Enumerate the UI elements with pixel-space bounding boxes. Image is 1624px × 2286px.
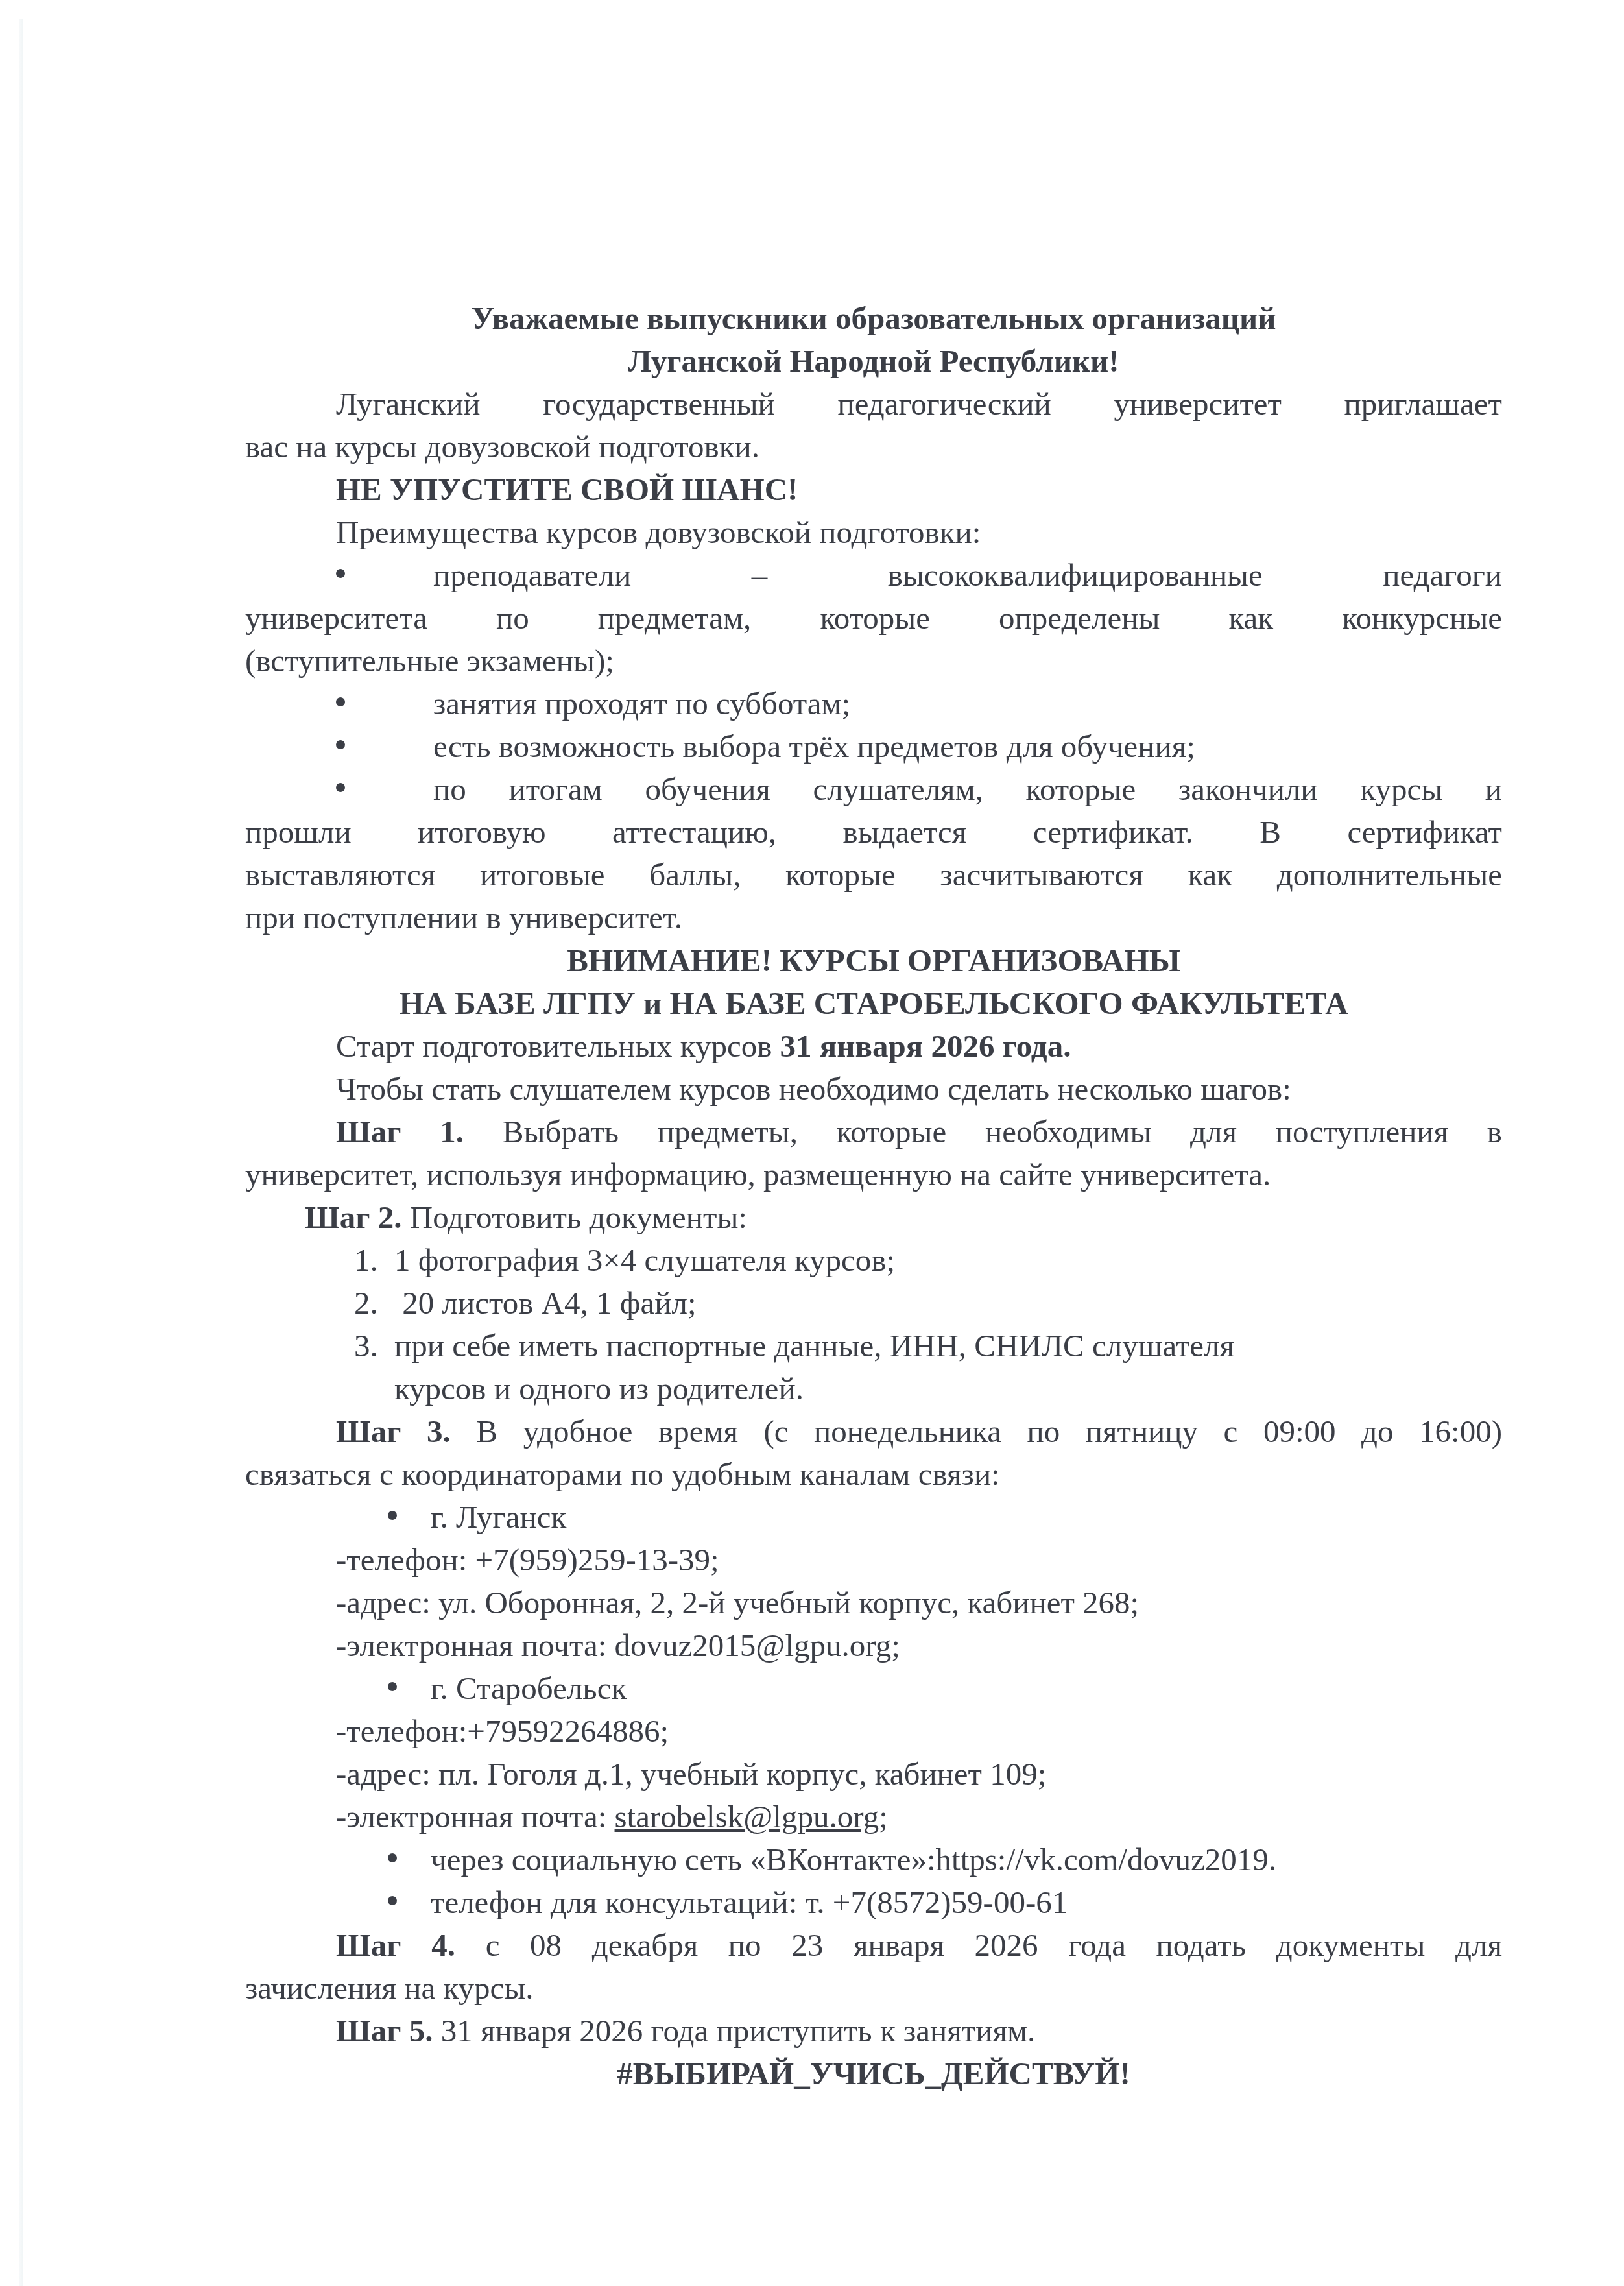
location-email-row: -электронная почта: dovuz2015@lgpu.org; — [245, 1624, 1502, 1667]
advantage-continuation: при поступлении в университет. — [245, 896, 1502, 939]
advantage-text: есть возможность выбора трёх предметов д… — [433, 725, 1195, 768]
step-3-continuation: связаться с координаторами по удобным ка… — [245, 1453, 1502, 1496]
step-2: Шаг 2. Подготовить документы: — [245, 1196, 1502, 1239]
document-text: курсов и одного из родителей. — [354, 1371, 804, 1406]
document-item-continuation: курсов и одного из родителей. — [245, 1367, 1502, 1410]
step-5: Шаг 5. 31 января 2026 года приступить к … — [245, 2010, 1502, 2052]
intro-line-1: Луганский государственный педагогический… — [245, 383, 1502, 426]
step-4-text: с 08 декабря по 23 января 2026 года пода… — [455, 1927, 1502, 1963]
step-3-label: Шаг 3. — [336, 1414, 451, 1449]
step-2-label: Шаг 2. — [305, 1199, 402, 1235]
bullet-icon — [336, 569, 345, 578]
bullet-icon — [388, 1511, 397, 1520]
document-text: 1 фотография 3×4 слушателя курсов; — [394, 1242, 895, 1278]
location-starobelsk: г. Старобельск — [245, 1667, 1502, 1710]
step-5-text: 31 января 2026 года приступить к занятия… — [433, 2013, 1036, 2049]
consult-phone-text: телефон для консультаций: т. +7(8572)59-… — [431, 1884, 1068, 1920]
email-link[interactable]: starobelsk@lgpu.org — [615, 1799, 879, 1835]
start-date: Старт подготовительных курсов 31 января … — [245, 1025, 1502, 1068]
scan-artifact — [19, 19, 23, 2286]
document-item: 2. 20 листов А4, 1 файл; — [245, 1282, 1502, 1325]
document-item: 3.при себе иметь паспортные данные, ИНН,… — [245, 1325, 1502, 1367]
advantages-heading: Преимущества курсов довузовской подготов… — [245, 511, 1502, 554]
step-1-label: Шаг 1. — [336, 1114, 464, 1149]
bullet-icon — [388, 1682, 397, 1691]
document-item: 1.1 фотография 3×4 слушателя курсов; — [245, 1239, 1502, 1282]
document-text: 20 листов А4, 1 файл; — [394, 1285, 697, 1321]
social-network: через социальную сеть «ВКонтакте»:https:… — [245, 1838, 1502, 1881]
location-address: -адрес: пл. Гоголя д.1, учебный корпус, … — [245, 1753, 1502, 1796]
step-3-text: В удобное время (с понедельника по пятни… — [451, 1414, 1502, 1449]
steps-intro: Чтобы стать слушателем курсов необходимо… — [245, 1068, 1502, 1111]
email-label: -электронная почта: — [336, 1799, 615, 1835]
step-1: Шаг 1. Выбрать предметы, которые необход… — [245, 1111, 1502, 1153]
step-5-label: Шаг 5. — [336, 2013, 433, 2049]
document-number: 1. — [354, 1239, 394, 1282]
email-label: -электронная почта: — [336, 1628, 615, 1663]
start-date-value: 31 января 2026 года. — [780, 1028, 1071, 1064]
advantage-continuation: прошли итоговую аттестацию, выдается сер… — [245, 811, 1502, 854]
step-4: Шаг 4. с 08 декабря по 23 января 2026 го… — [245, 1924, 1502, 1967]
slogan: НЕ УПУСТИТЕ СВОЙ ШАНС! — [245, 468, 1502, 511]
email-suffix: ; — [891, 1628, 900, 1663]
location-phone: -телефон: +7(959)259-13-39; — [245, 1539, 1502, 1582]
document-page: Уважаемые выпускники образовательных орг… — [245, 297, 1502, 2095]
advantage-text: по итогам обучения слушателям, которые з… — [433, 768, 1502, 811]
document-number: 2. — [354, 1282, 394, 1325]
advantage-item: преподаватели – высококвалифицированные … — [245, 554, 1502, 597]
document-text: при себе иметь паспортные данные, ИНН, С… — [394, 1328, 1234, 1364]
bullet-icon — [388, 1896, 397, 1905]
email-link[interactable]: dovuz2015@lgpu.org — [615, 1628, 892, 1663]
location-city: г. Луганск — [431, 1499, 566, 1535]
attention-line-2: НА БАЗЕ ЛГПУ и НА БАЗЕ СТАРОБЕЛЬСКОГО ФА… — [245, 982, 1502, 1025]
advantage-text: преподаватели – высококвалифицированные … — [433, 554, 1502, 597]
start-prefix: Старт подготовительных курсов — [336, 1028, 780, 1064]
consult-phone: телефон для консультаций: т. +7(8572)59-… — [245, 1881, 1502, 1924]
location-city: г. Старобельск — [431, 1670, 627, 1706]
bullet-icon — [336, 697, 345, 706]
advantage-continuation: выставляются итоговые баллы, которые зас… — [245, 854, 1502, 896]
document-number: 3. — [354, 1325, 394, 1367]
step-1-text: Выбрать предметы, которые необходимы для… — [464, 1114, 1502, 1149]
step-4-label: Шаг 4. — [336, 1927, 455, 1963]
step-4-continuation: зачисления на курсы. — [245, 1967, 1502, 2010]
advantage-continuation: (вступительные экзамены); — [245, 640, 1502, 682]
advantage-text: занятия проходят по субботам; — [433, 682, 850, 725]
attention-line-1: ВНИМАНИЕ! КУРСЫ ОРГАНИЗОВАНЫ — [245, 939, 1502, 982]
advantage-item: по итогам обучения слушателям, которые з… — [245, 768, 1502, 811]
intro-line-2: вас на курсы довузовской подготовки. — [245, 426, 1502, 468]
social-link[interactable]: через социальную сеть «ВКонтакте»:https:… — [431, 1842, 1276, 1877]
bullet-icon — [388, 1853, 397, 1862]
title-line-1: Уважаемые выпускники образовательных орг… — [245, 297, 1502, 340]
email-suffix: ; — [879, 1799, 888, 1835]
location-phone: -телефон:+79592264886; — [245, 1710, 1502, 1753]
hashtag: #ВЫБИРАЙ_УЧИСЬ_ДЕЙСТВУЙ! — [245, 2052, 1502, 2095]
advantage-continuation: университета по предметам, которые опред… — [245, 597, 1502, 640]
bullet-icon — [336, 740, 345, 749]
step-3: Шаг 3. В удобное время (с понедельника п… — [245, 1410, 1502, 1453]
advantage-item: есть возможность выбора трёх предметов д… — [245, 725, 1502, 768]
step-1-continuation: университет, используя информацию, разме… — [245, 1153, 1502, 1196]
title-line-2: Луганской Народной Республики! — [245, 340, 1502, 383]
location-luhansk: г. Луганск — [245, 1496, 1502, 1539]
advantage-item: занятия проходят по субботам; — [245, 682, 1502, 725]
bullet-icon — [336, 783, 345, 792]
location-address: -адрес: ул. Оборонная, 2, 2-й учебный ко… — [245, 1582, 1502, 1624]
step-2-text: Подготовить документы: — [402, 1199, 747, 1235]
location-email-row: -электронная почта: starobelsk@lgpu.org; — [245, 1796, 1502, 1838]
